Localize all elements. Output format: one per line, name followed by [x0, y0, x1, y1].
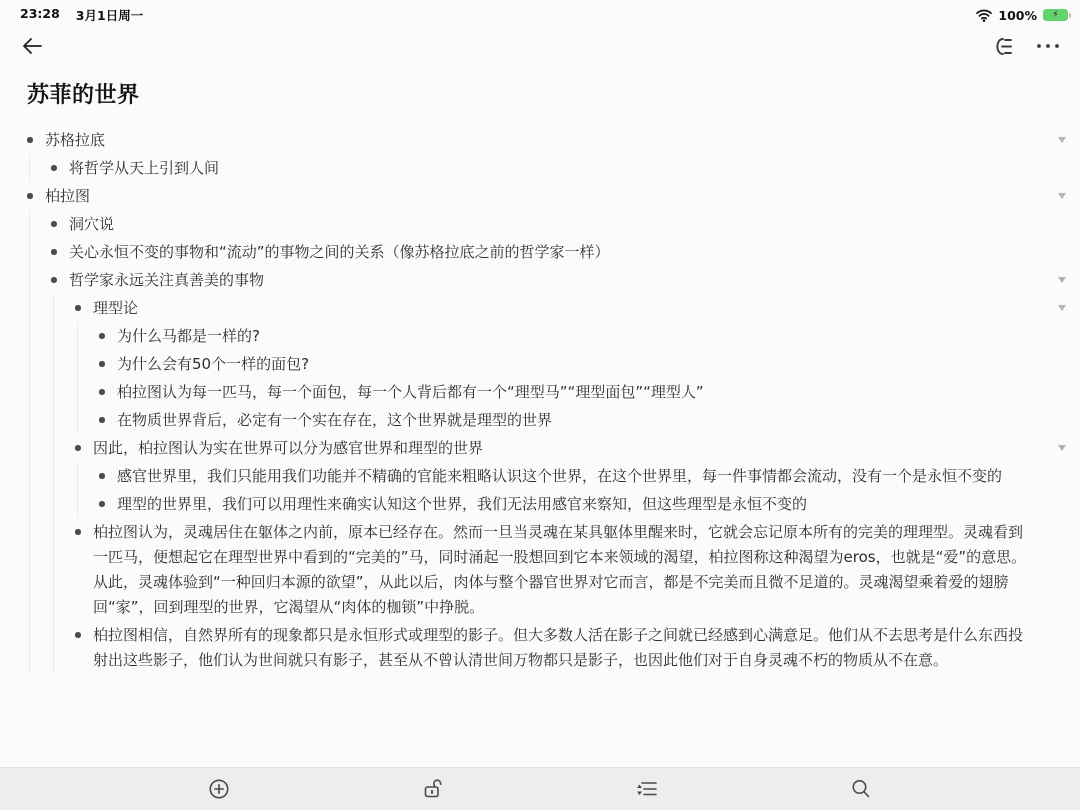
outline-item-text[interactable]: 为什么会有50个一样的面包? — [117, 350, 1080, 378]
add-circle-icon — [208, 778, 230, 800]
outline-item-text[interactable]: 因此，柏拉图认为实在世界可以分为感官世界和理型的世界 — [93, 434, 1080, 462]
bullet-icon[interactable] — [75, 434, 93, 451]
battery-charging-icon: ⚡ — [1043, 9, 1068, 21]
outline-item-text[interactable]: 理型论 — [93, 294, 1080, 322]
outline-view-button[interactable] — [990, 37, 1014, 56]
back-button[interactable] — [20, 36, 44, 56]
bullet-icon[interactable] — [51, 154, 69, 171]
bullet-icon[interactable] — [99, 406, 117, 423]
collapse-chevron-icon[interactable] — [1058, 277, 1066, 283]
outline-item[interactable]: 理型论 — [75, 294, 1080, 322]
search-button[interactable] — [850, 778, 872, 800]
status-time: 23:28 — [20, 6, 60, 24]
outline-item[interactable]: 将哲学从天上引到人间 — [51, 154, 1080, 182]
outline-item[interactable]: 理型的世界里，我们可以用理性来确实认知这个世界，我们无法用感官来察知，但这些理型… — [99, 490, 1080, 518]
outline-item[interactable]: 柏拉图认为每一匹马，每一个面包，每一个人背后都有一个“理型马”“理型面包”“理型… — [99, 378, 1080, 406]
bullet-icon[interactable] — [99, 462, 117, 479]
status-bar: 23:28 3月1日周一 100% ⚡ — [0, 0, 1080, 24]
outline-item-text[interactable]: 理型的世界里，我们可以用理性来确实认知这个世界，我们无法用感官来察知，但这些理型… — [117, 490, 1080, 518]
wifi-icon — [976, 9, 992, 22]
page-title: 苏菲的世界 — [27, 78, 1080, 109]
outline-item[interactable]: 为什么会有50个一样的面包? — [99, 350, 1080, 378]
outline: 苏格拉底将哲学从天上引到人间柏拉图洞穴说关心永恒不变的事物和“流动”的事物之间的… — [27, 126, 1080, 674]
add-node-button[interactable] — [208, 778, 230, 800]
bullet-icon[interactable] — [99, 490, 117, 507]
bullet-icon[interactable] — [99, 350, 117, 367]
outline-item[interactable]: 关心永恒不变的事物和“流动”的事物之间的关系（像苏格拉底之前的哲学家一样） — [51, 238, 1080, 266]
outline-item[interactable]: 柏拉图相信，自然界所有的现象都只是永恒形式或理型的影子。但大多数人活在影子之间就… — [75, 621, 1080, 674]
outline-item-text[interactable]: 柏拉图相信，自然界所有的现象都只是永恒形式或理型的影子。但大多数人活在影子之间就… — [93, 621, 1080, 674]
outline-item[interactable]: 苏格拉底 — [27, 126, 1080, 154]
bullet-icon[interactable] — [51, 210, 69, 227]
search-icon — [850, 778, 872, 800]
outline-item[interactable]: 在物质世界背后，必定有一个实在存在，这个世界就是理型的世界 — [99, 406, 1080, 434]
status-date: 3月1日周一 — [76, 6, 143, 24]
outline-branch-icon — [990, 37, 1014, 56]
bullet-icon[interactable] — [75, 621, 93, 638]
outline-item-text[interactable]: 关心永恒不变的事物和“流动”的事物之间的关系（像苏格拉底之前的哲学家一样） — [69, 238, 1080, 266]
view-settings-button[interactable] — [635, 780, 659, 798]
outline-item[interactable]: 因此，柏拉图认为实在世界可以分为感官世界和理型的世界 — [75, 434, 1080, 462]
outline-item-text[interactable]: 柏拉图认为每一匹马，每一个面包，每一个人背后都有一个“理型马”“理型面包”“理型… — [117, 378, 1080, 406]
outline-item-text[interactable]: 柏拉图 — [45, 182, 1080, 210]
battery-percent: 100% — [998, 8, 1037, 23]
collapse-chevron-icon[interactable] — [1058, 137, 1066, 143]
collapse-chevron-icon[interactable] — [1058, 445, 1066, 451]
more-button[interactable] — [1036, 43, 1060, 49]
nav-bar — [0, 24, 1080, 62]
unlock-icon — [421, 777, 445, 801]
outline-item-text[interactable]: 柏拉图认为，灵魂居住在躯体之内前，原本已经存在。然而一旦当灵魂在某具躯体里醒来时… — [93, 518, 1080, 621]
outline-item-text[interactable]: 将哲学从天上引到人间 — [69, 154, 1080, 182]
bullet-icon[interactable] — [75, 518, 93, 535]
bullet-icon[interactable] — [27, 126, 45, 143]
outline-children: 洞穴说关心永恒不变的事物和“流动”的事物之间的关系（像苏格拉底之前的哲学家一样）… — [29, 210, 1080, 674]
collapse-chevron-icon[interactable] — [1058, 305, 1066, 311]
outline-item[interactable]: 为什么马都是一样的? — [99, 322, 1080, 350]
lock-button[interactable] — [421, 777, 445, 801]
outline-item-text[interactable]: 洞穴说 — [69, 210, 1080, 238]
outline-item[interactable]: 柏拉图 — [27, 182, 1080, 210]
outline-children: 将哲学从天上引到人间 — [29, 154, 1080, 182]
bullet-icon[interactable] — [51, 266, 69, 283]
outline-children: 感官世界里，我们只能用我们功能并不精确的官能来粗略认识这个世界，在这个世界里，每… — [77, 462, 1080, 518]
bottom-toolbar — [0, 767, 1080, 810]
bullet-icon[interactable] — [27, 182, 45, 199]
more-ellipsis-icon — [1036, 43, 1060, 49]
bullet-icon[interactable] — [75, 294, 93, 311]
bullet-icon[interactable] — [51, 238, 69, 255]
collapse-chevron-icon[interactable] — [1058, 193, 1066, 199]
outline-item-text[interactable]: 哲学家永远关注真善美的事物 — [69, 266, 1080, 294]
back-arrow-icon — [20, 36, 44, 56]
bullet-icon[interactable] — [99, 378, 117, 395]
outline-item-text[interactable]: 在物质世界背后，必定有一个实在存在，这个世界就是理型的世界 — [117, 406, 1080, 434]
bullet-icon[interactable] — [99, 322, 117, 339]
outline-item[interactable]: 哲学家永远关注真善美的事物 — [51, 266, 1080, 294]
outline-children: 理型论为什么马都是一样的?为什么会有50个一样的面包?柏拉图认为每一匹马，每一个… — [53, 294, 1080, 674]
outline-item-text[interactable]: 苏格拉底 — [45, 126, 1080, 154]
outline-item-text[interactable]: 感官世界里，我们只能用我们功能并不精确的官能来粗略认识这个世界，在这个世界里，每… — [117, 462, 1080, 490]
outline-children: 为什么马都是一样的?为什么会有50个一样的面包?柏拉图认为每一匹马，每一个面包，… — [77, 322, 1080, 434]
outline-item[interactable]: 洞穴说 — [51, 210, 1080, 238]
adjust-sliders-icon — [635, 780, 659, 798]
outline-item-text[interactable]: 为什么马都是一样的? — [117, 322, 1080, 350]
outline-item[interactable]: 柏拉图认为，灵魂居住在躯体之内前，原本已经存在。然而一旦当灵魂在某具躯体里醒来时… — [75, 518, 1080, 621]
outline-item[interactable]: 感官世界里，我们只能用我们功能并不精确的官能来粗略认识这个世界，在这个世界里，每… — [99, 462, 1080, 490]
